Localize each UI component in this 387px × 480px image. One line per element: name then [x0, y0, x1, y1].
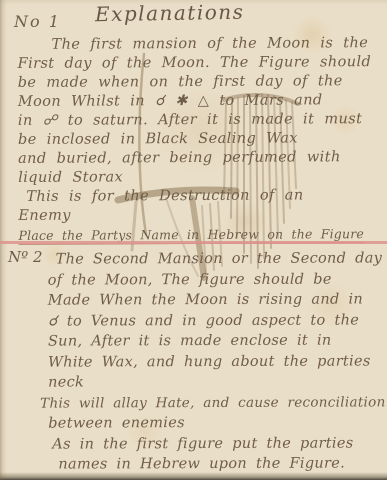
manuscript-line: White Wax, and hung about the parties [48, 351, 376, 373]
manuscript-page: Explanations No 1 The [0, 0, 387, 480]
manuscript-line: Moon Whilst in ☌ ✱ △ to Mars and [18, 91, 372, 112]
manuscript-line: liquid Storax [18, 167, 372, 188]
manuscript-line: This is for the Destruction of an [26, 186, 372, 207]
manuscript-line: in ☍ to saturn. After it is made it must [18, 110, 372, 131]
red-ruled-divider-line [0, 241, 387, 244]
manuscript-line: As in the first figure put the parties [52, 433, 376, 455]
manuscript-line: and buried, after being perfumed with [18, 148, 372, 169]
section-1-body: The first mansion of the Moon is the Fir… [17, 34, 372, 245]
manuscript-line: neck [48, 371, 376, 393]
manuscript-line: of the Moon, The figure should be [48, 269, 376, 291]
manuscript-line: be made when on the first day of the [18, 72, 372, 93]
section-2-label: Nº 2 [8, 248, 43, 266]
manuscript-line: be inclosed in Black Sealing Wax [18, 129, 372, 150]
manuscript-line: The Second Mansion or the Second day [48, 248, 376, 270]
manuscript-line: ☌ to Venus and in good aspect to the [48, 310, 376, 332]
manuscript-line: Sun, After it is made enclose it in [48, 330, 376, 352]
manuscript-line: names in Hebrew upon the Figure. [58, 453, 376, 475]
manuscript-line: First day of the Moon. The Figure should [18, 53, 372, 74]
section-1-label: No 1 [14, 12, 61, 31]
section-2-body: The Second Mansion or the Second day of … [48, 248, 377, 475]
page-title: Explanations [95, 0, 245, 26]
manuscript-line: Enemy [18, 205, 372, 226]
manuscript-line: between enemies [48, 412, 376, 434]
manuscript-line: The first mansion of the Moon is the [17, 34, 371, 55]
manuscript-line: This will allay Hate, and cause reconcil… [40, 392, 376, 414]
manuscript-line: Made When the Moon is rising and in [48, 289, 376, 311]
